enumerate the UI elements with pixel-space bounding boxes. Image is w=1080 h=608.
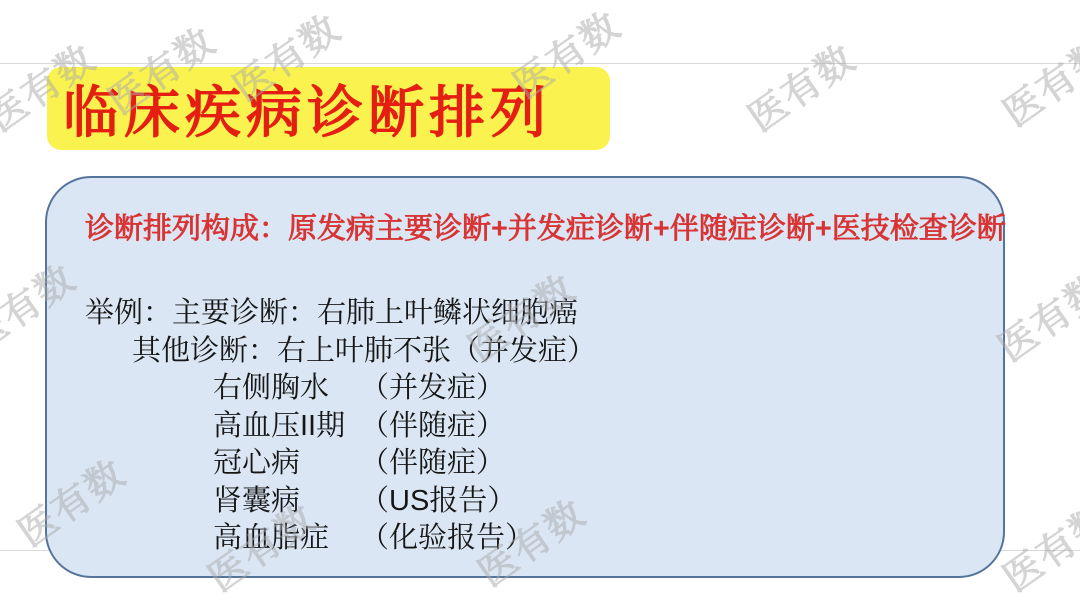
top-divider-line (0, 63, 1080, 64)
diagnosis-name: 右侧胸水 (213, 370, 360, 408)
example-main-diagnosis-line: 举例：主要诊断：右肺上叶鳞状细胞癌 (47, 295, 1003, 333)
diagnosis-qualifier: （化验报告） (360, 520, 534, 558)
diagnosis-list-item: 右侧胸水 （并发症） (47, 370, 1003, 408)
diagnosis-order-heading: 诊断排列构成：原发病主要诊断+并发症诊断+伴随症诊断+医技检查诊断 (85, 206, 1003, 247)
example-other-diagnosis-line: 其他诊断：右上叶肺不张（并发症） (47, 333, 1003, 371)
title-highlight-box: 临床疾病诊断排列 (47, 67, 610, 150)
diagnosis-qualifier: （伴随症） (360, 445, 505, 483)
diagnosis-name: 肾囊病 (213, 483, 360, 521)
diagnosis-name: 高血压II期 (213, 408, 360, 446)
diagnosis-panel: 诊断排列构成：原发病主要诊断+并发症诊断+伴随症诊断+医技检查诊断 举例：主要诊… (45, 176, 1005, 578)
diagnosis-qualifier: （伴随症） (360, 408, 505, 446)
diagnosis-name: 高血脂症 (213, 520, 360, 558)
page-title: 临床疾病诊断排列 (63, 69, 551, 149)
diagnosis-name: 冠心病 (213, 445, 360, 483)
diagnosis-qualifier: （并发症） (360, 370, 505, 408)
diagnosis-list-item: 肾囊病 （US报告） (47, 483, 1003, 521)
watermark-text: 医有数 (735, 28, 865, 142)
watermark-text: 医有数 (990, 23, 1080, 137)
diagnosis-list-item: 高血压II期 （伴随症） (47, 408, 1003, 446)
diagnosis-list-item: 冠心病 （伴随症） (47, 445, 1003, 483)
diagnosis-list-item: 高血脂症 （化验报告） (47, 520, 1003, 558)
example-block: 举例：主要诊断：右肺上叶鳞状细胞癌 其他诊断：右上叶肺不张（并发症） 右侧胸水 … (47, 295, 1003, 558)
diagnosis-qualifier: （US报告） (360, 483, 516, 521)
